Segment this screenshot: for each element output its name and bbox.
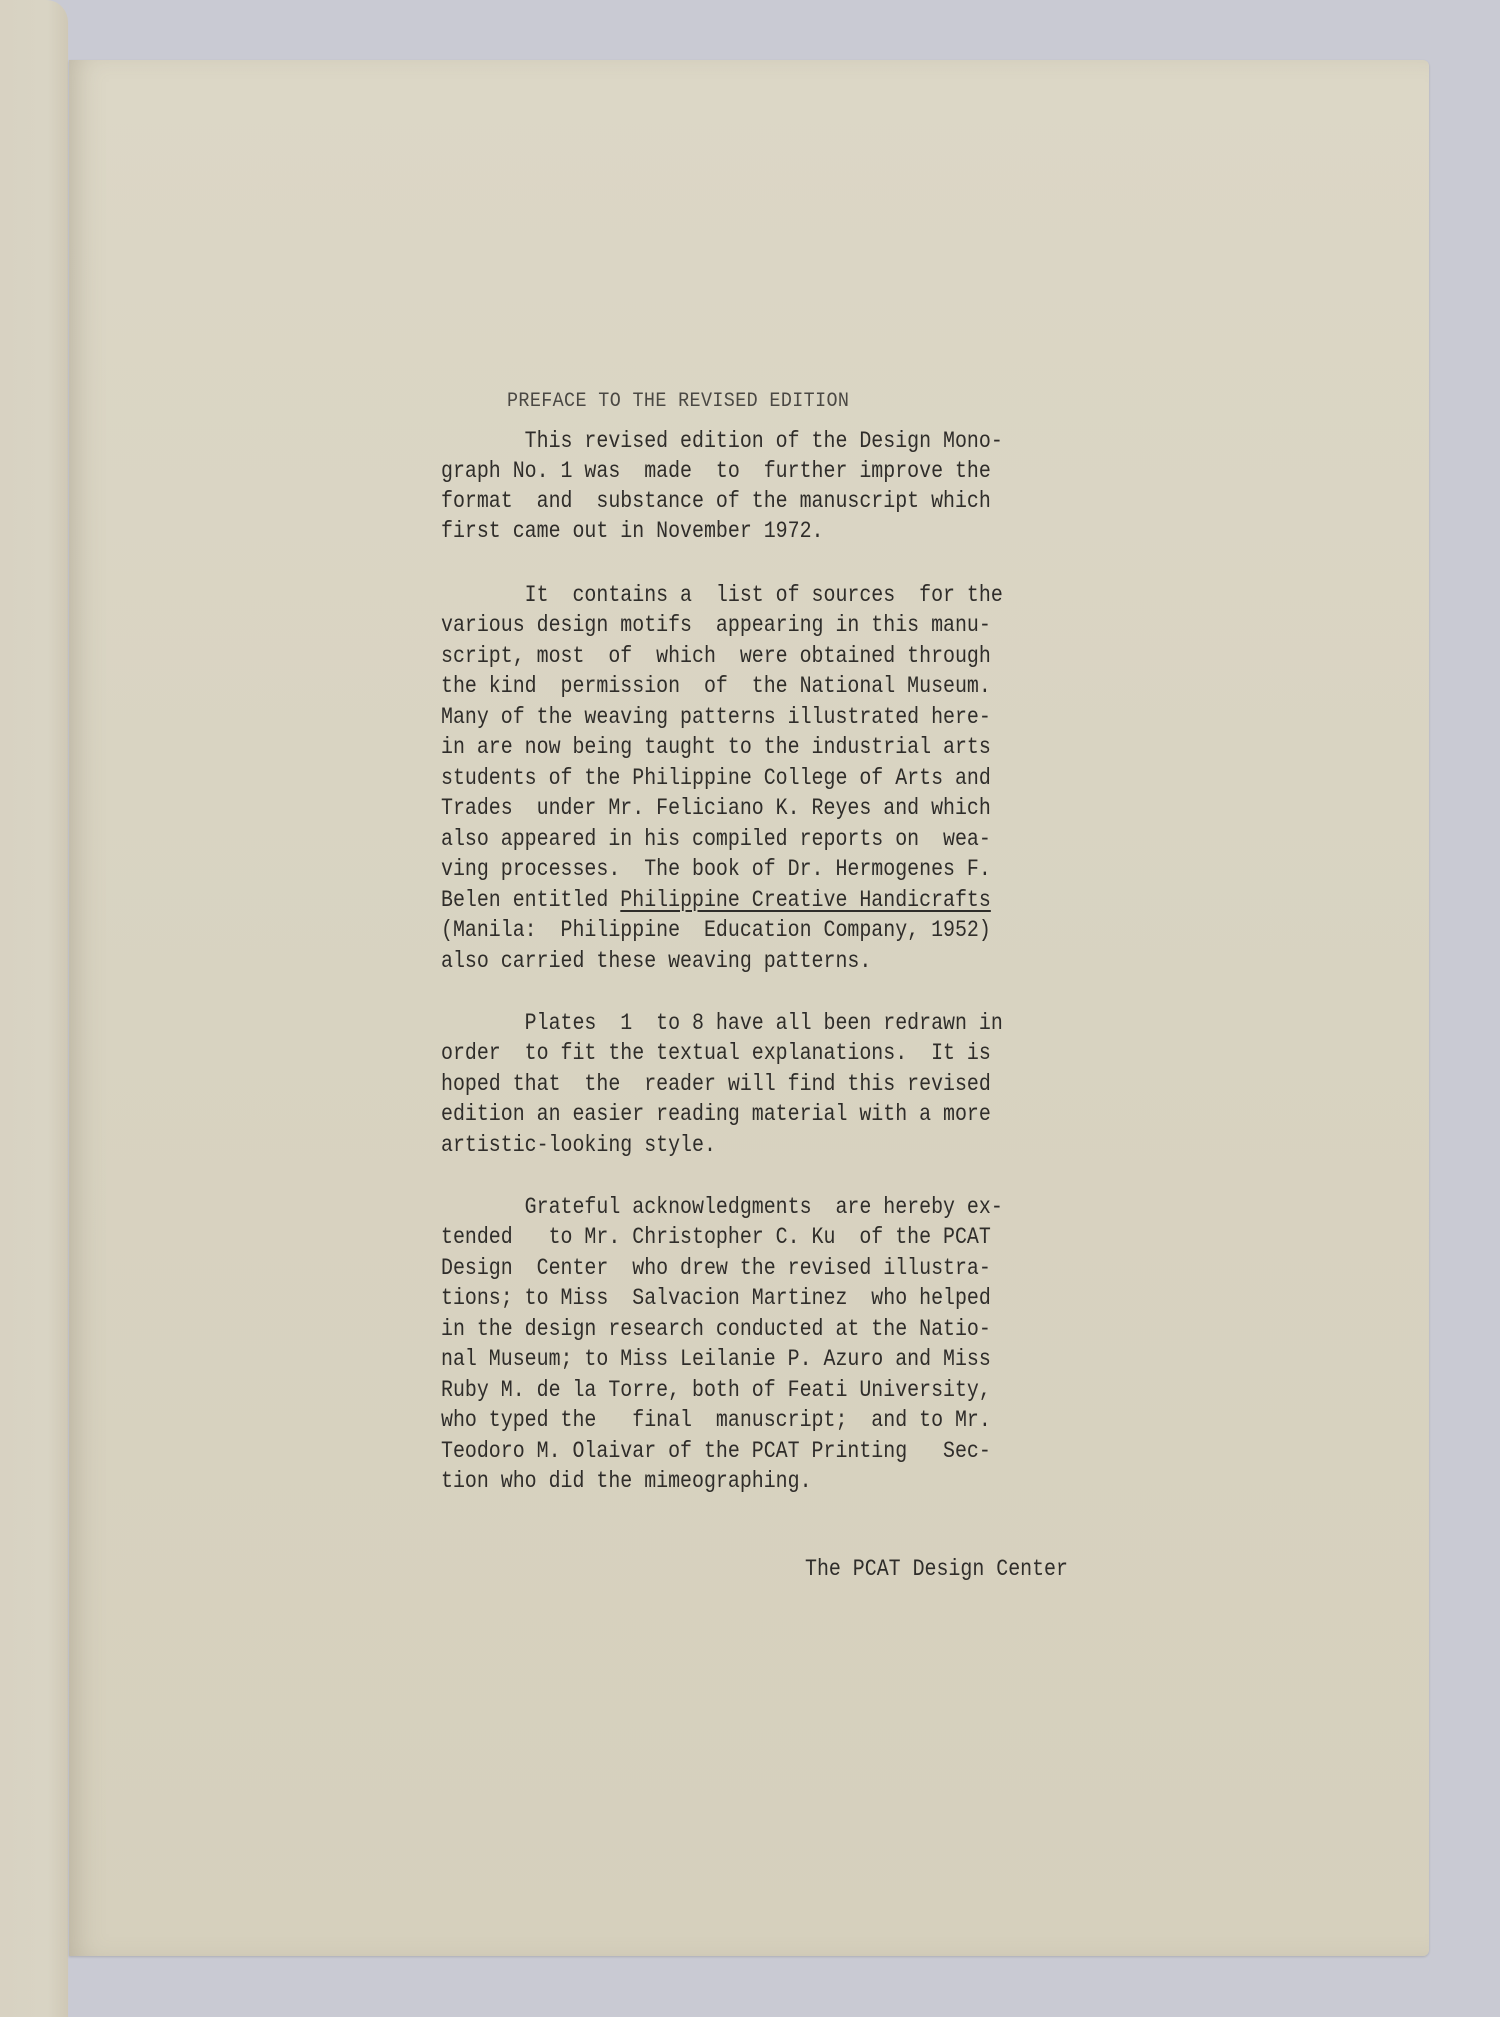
text-line: in are now being taught to the industria… xyxy=(441,734,991,760)
text-line: This revised edition of the Design Mono- xyxy=(441,428,1003,454)
text-line: also appeared in his compiled reports on… xyxy=(441,826,991,852)
text-line: Ruby M. de la Torre, both of Feati Unive… xyxy=(441,1377,991,1403)
text-line: Plates 1 to 8 have all been redrawn in xyxy=(441,1010,1003,1036)
text-line: students of the Philippine College of Ar… xyxy=(441,765,991,791)
text-line: edition an easier reading material with … xyxy=(441,1101,991,1127)
text-line: format and substance of the manuscript w… xyxy=(441,488,991,514)
text-line: in the design research conducted at the … xyxy=(441,1316,991,1342)
facing-page-edge xyxy=(0,0,68,2017)
text-line: (Manila: Philippine Education Company, 1… xyxy=(441,917,991,943)
body-text: This revised edition of the Design Mono-… xyxy=(441,60,1161,1860)
document-page: PREFACE TO THE REVISED EDITION This revi… xyxy=(69,60,1429,1956)
text-line: tended to Mr. Christopher C. Ku of the P… xyxy=(441,1224,991,1250)
text-line: Many of the weaving patterns illustrated… xyxy=(441,704,991,730)
text-line: first came out in November 1972. xyxy=(441,518,823,544)
book-title-underlined: Philippine Creative Handicrafts xyxy=(620,887,991,913)
text-line: Belen entitled Philippine Creative Handi… xyxy=(441,887,991,913)
text-line: Grateful acknowledgments are hereby ex- xyxy=(441,1194,1003,1220)
text-line: Trades under Mr. Feliciano K. Reyes and … xyxy=(441,795,991,821)
text-line: script, most of which were obtained thro… xyxy=(441,643,991,669)
signature: The PCAT Design Center xyxy=(805,1556,1068,1582)
text-line: ving processes. The book of Dr. Hermogen… xyxy=(441,856,991,882)
text-line: Design Center who drew the revised illus… xyxy=(441,1255,991,1281)
text-line: tions; to Miss Salvacion Martinez who he… xyxy=(441,1285,991,1311)
text-line: nal Museum; to Miss Leilanie P. Azuro an… xyxy=(441,1346,991,1372)
text-line: hoped that the reader will find this rev… xyxy=(441,1071,991,1097)
text-line: graph No. 1 was made to further improve … xyxy=(441,458,991,484)
text-line: who typed the final manuscript; and to M… xyxy=(441,1407,991,1433)
text-line: order to fit the textual explanations. I… xyxy=(441,1040,991,1066)
text-line: artistic-looking style. xyxy=(441,1132,716,1158)
text-line: the kind permission of the National Muse… xyxy=(441,673,991,699)
text-line: Teodoro M. Olaivar of the PCAT Printing … xyxy=(441,1438,991,1464)
text-line: various design motifs appearing in this … xyxy=(441,612,991,638)
text-line: tion who did the mimeographing. xyxy=(441,1468,812,1494)
text-line: It contains a list of sources for the xyxy=(441,582,1003,608)
text-span: Belen entitled xyxy=(441,887,620,913)
text-line: also carried these weaving patterns. xyxy=(441,948,871,974)
